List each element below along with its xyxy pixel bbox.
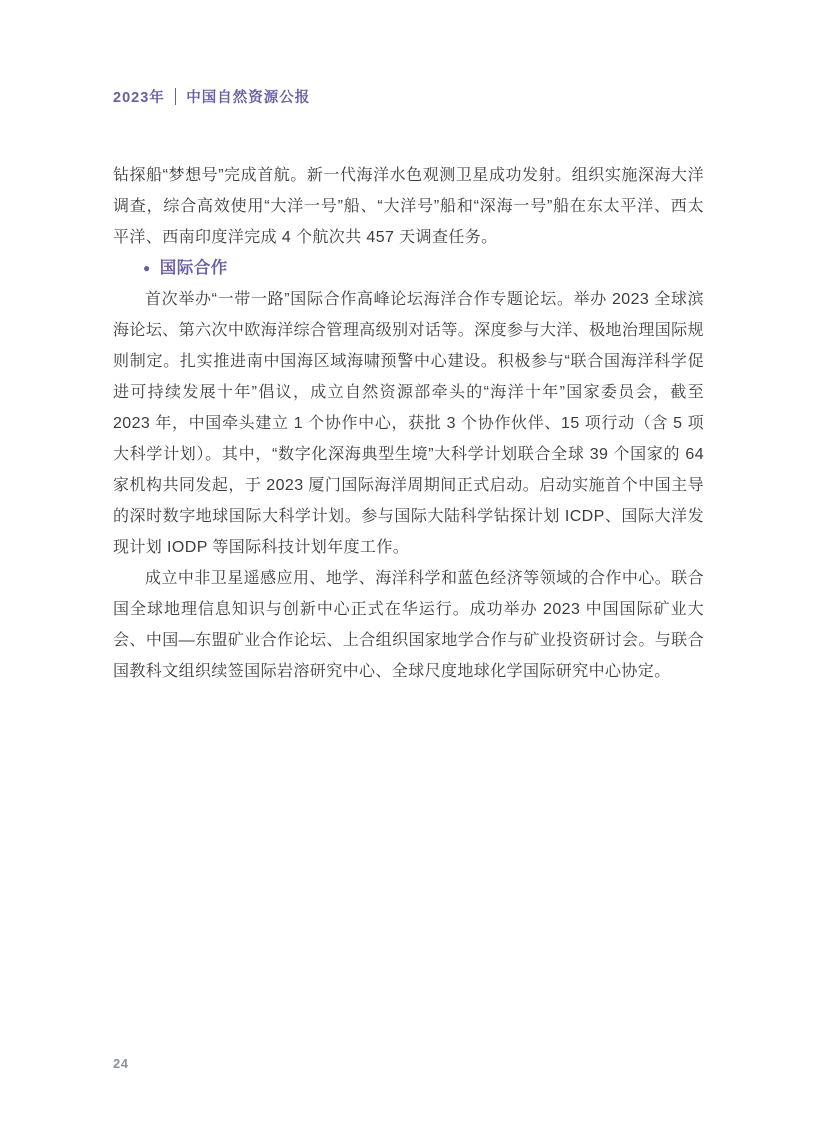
paragraph-marine-survey: 钻探船“梦想号”完成首航。新一代海洋水色观测卫星成功发射。组织实施深海大洋调查，…	[113, 160, 704, 253]
bullet-icon: ●	[143, 253, 151, 284]
header-year: 2023年	[113, 86, 165, 107]
header-title: 中国自然资源公报	[186, 86, 310, 107]
section-heading-label: 国际合作	[160, 253, 228, 284]
body-content: 钻探船“梦想号”完成首航。新一代海洋水色观测卫星成功发射。组织实施深海大洋调查，…	[113, 160, 704, 687]
running-header: 2023年 中国自然资源公报	[113, 86, 310, 107]
paragraph-international-cooperation-2: 成立中非卫星遥感应用、地学、海洋科学和蓝色经济等领域的合作中心。联合国全球地理信…	[113, 563, 704, 687]
header-separator-bar	[175, 88, 177, 105]
section-heading-international-cooperation: ● 国际合作	[113, 253, 704, 284]
page-number: 24	[113, 1056, 128, 1071]
document-page: 2023年 中国自然资源公报 钻探船“梦想号”完成首航。新一代海洋水色观测卫星成…	[0, 0, 816, 1145]
paragraph-international-cooperation-1: 首次举办“一带一路”国际合作高峰论坛海洋合作专题论坛。举办 2023 全球滨海论…	[113, 284, 704, 563]
